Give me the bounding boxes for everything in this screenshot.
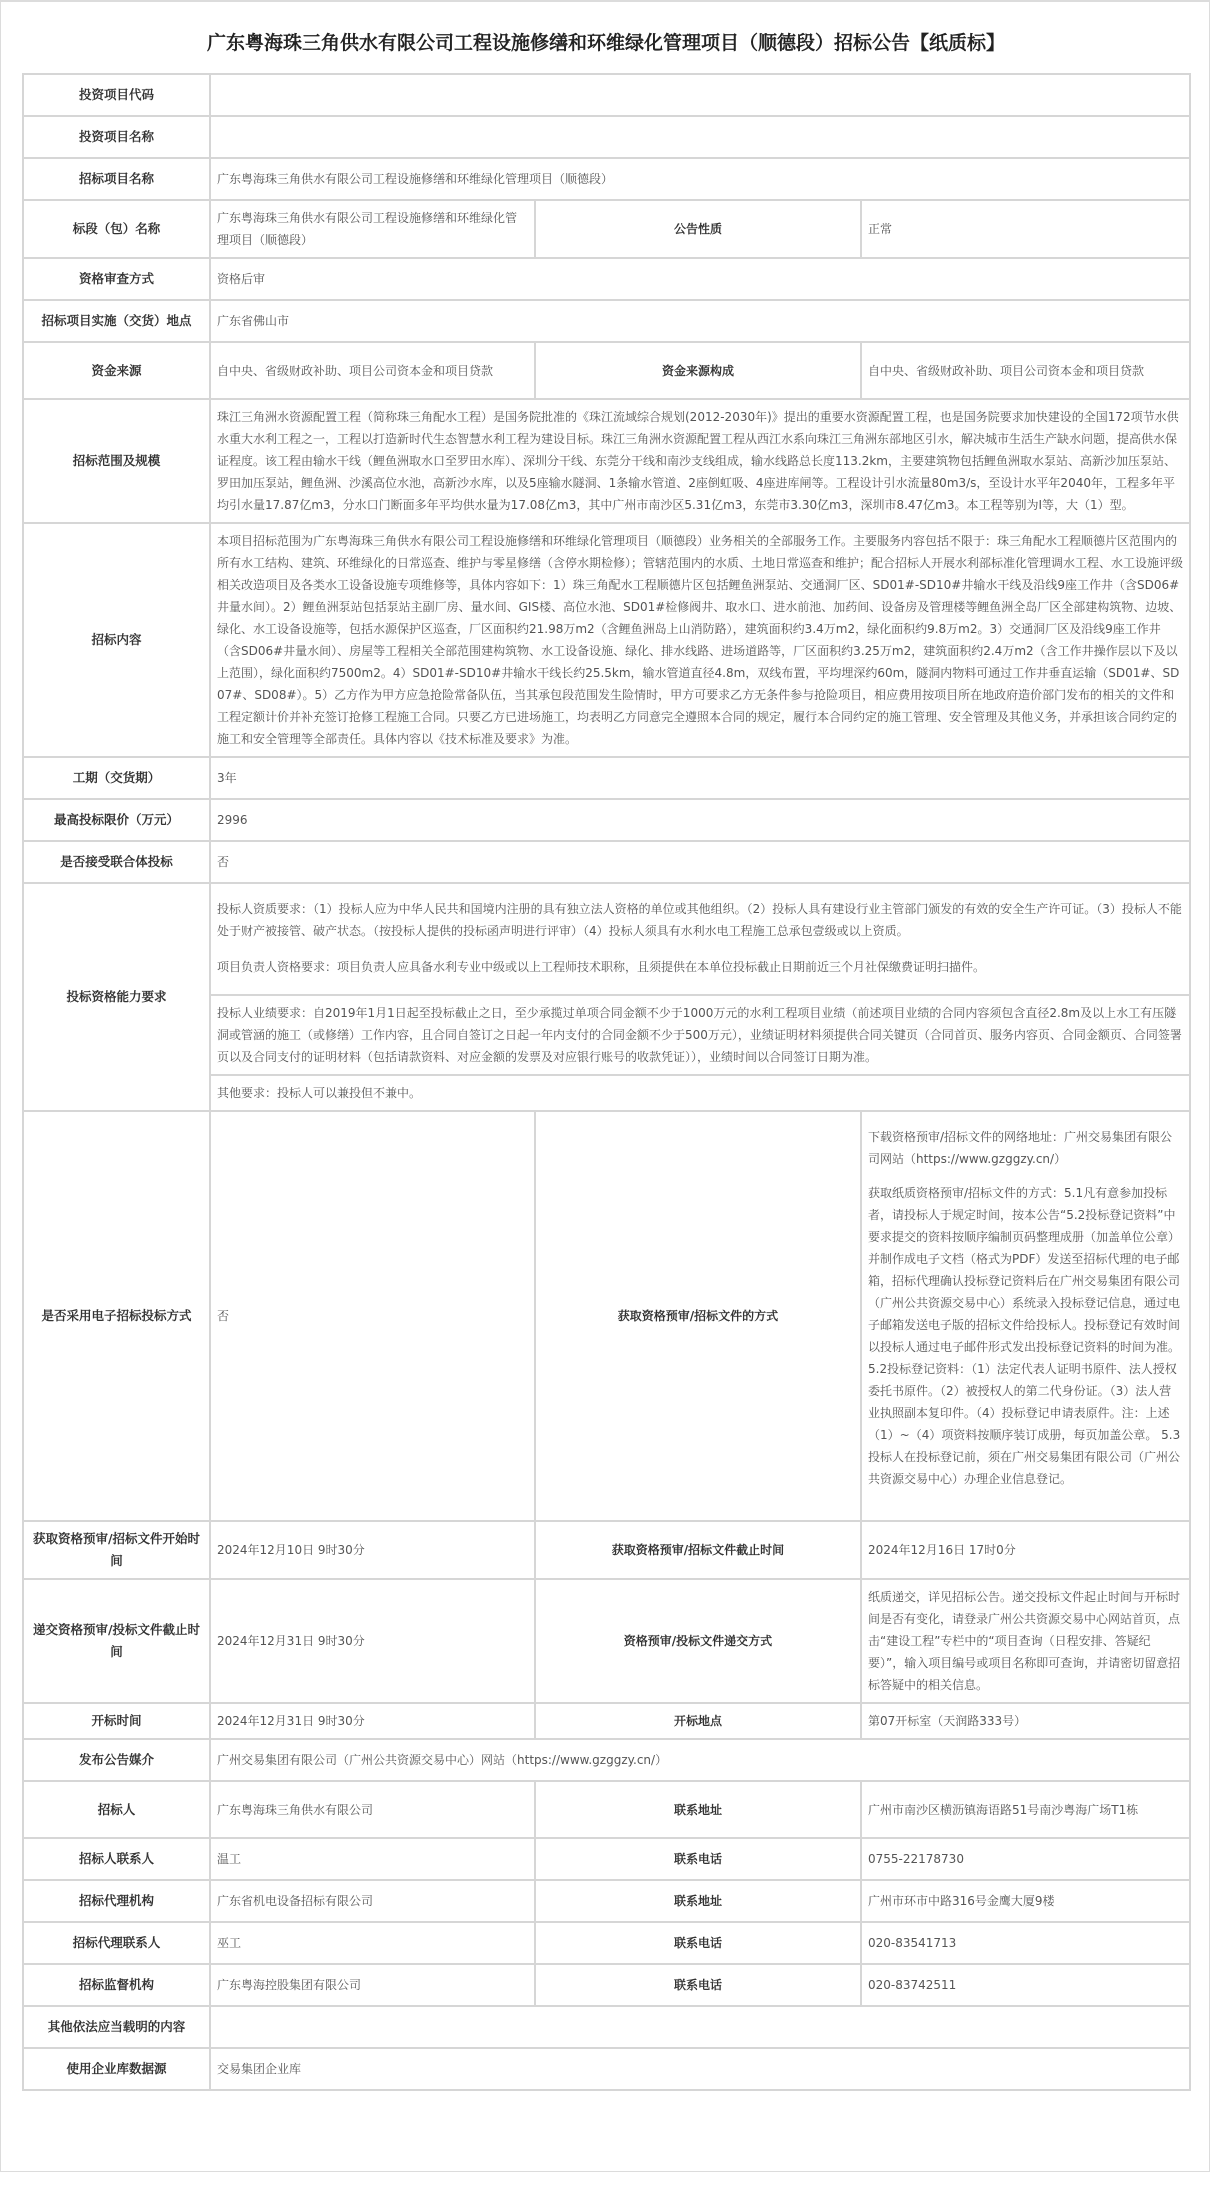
row-open-time: 开标时间 2024年12月31日 9时30分 开标地点 第07开标室（天润路33…: [23, 1703, 1190, 1739]
other-requirement: 其他要求：投标人可以兼投但不兼中。: [210, 1075, 1190, 1111]
tenderer-phone-label: 联系电话: [535, 1838, 861, 1880]
row-duration: 工期（交货期） 3年: [23, 757, 1190, 799]
section-name-value: 广东粤海珠三角供水有限公司工程设施修缮和环维绿化管理项目（顺德段）: [210, 200, 535, 258]
obtain-end-label: 获取资格预审/招标文件截止时间: [535, 1521, 861, 1579]
row-data-source: 使用企业库数据源 交易集团企业库: [23, 2048, 1190, 2090]
row-supervisor: 招标监督机构 广东粤海控股集团有限公司 联系电话 020-83742511: [23, 1964, 1190, 2006]
supervisor-label: 招标监督机构: [23, 1964, 210, 2006]
invest-name-label: 投资项目名称: [23, 116, 210, 158]
open-time-label: 开标时间: [23, 1703, 210, 1739]
consortium-value: 否: [210, 841, 1190, 883]
row-tenderer: 招标人 广东粤海珠三角供水有限公司 联系地址 广州市南沙区横沥镇海语路51号南沙…: [23, 1781, 1190, 1838]
agency-phone-label: 联系电话: [535, 1922, 861, 1964]
review-method-label: 资格审查方式: [23, 258, 210, 300]
tenderer-contact-value: 温工: [210, 1838, 535, 1880]
agency-address-value: 广州市环市中路316号金鹰大厦9楼: [861, 1880, 1190, 1922]
invest-code-value: [210, 74, 1190, 116]
other-content-label: 其他依法应当载明的内容: [23, 2006, 210, 2048]
electronic-value: 否: [210, 1111, 535, 1521]
other-content-value: [210, 2006, 1190, 2048]
row-max-price: 最高投标限价（万元） 2996: [23, 799, 1190, 841]
supervisor-phone-value: 020-83742511: [861, 1964, 1190, 2006]
supervisor-value: 广东粤海控股集团有限公司: [210, 1964, 535, 2006]
consortium-label: 是否接受联合体投标: [23, 841, 210, 883]
tender-name-value: 广东粤海珠三角供水有限公司工程设施修缮和环维绿化管理项目（顺德段）: [210, 158, 1190, 200]
qualification-cell: 投标人资质要求：（1）投标人应为中华人民共和国境内注册的具有独立法人资格的单位或…: [210, 883, 1190, 995]
open-location-label: 开标地点: [535, 1703, 861, 1739]
row-consortium: 是否接受联合体投标 否: [23, 841, 1190, 883]
page-title: 广东粤海珠三角供水有限公司工程设施修缮和环维绿化管理项目（顺德段）招标公告【纸质…: [1, 28, 1211, 55]
qualification-requirement: 投标人资质要求：（1）投标人应为中华人民共和国境内注册的具有独立法人资格的单位或…: [217, 898, 1183, 942]
data-source-value: 交易集团企业库: [210, 2048, 1190, 2090]
tenderer-phone-value: 0755-22178730: [861, 1838, 1190, 1880]
row-fund-source: 资金来源 自中央、省级财政补助、项目公司资本金和项目贷款 资金来源构成 自中央、…: [23, 342, 1190, 399]
invest-code-label: 投资项目代码: [23, 74, 210, 116]
review-method-value: 资格后审: [210, 258, 1190, 300]
obtain-end-value: 2024年12月16日 17时0分: [861, 1521, 1190, 1579]
row-section-name: 标段（包）名称 广东粤海珠三角供水有限公司工程设施修缮和环维绿化管理项目（顺德段…: [23, 200, 1190, 258]
invest-name-value: [210, 116, 1190, 158]
row-tender-name: 招标项目名称 广东粤海珠三角供水有限公司工程设施修缮和环维绿化管理项目（顺德段）: [23, 158, 1190, 200]
row-other-content: 其他依法应当载明的内容: [23, 2006, 1190, 2048]
obtain-start-label: 获取资格预审/招标文件开始时间: [23, 1521, 210, 1579]
content-value: 本项目招标范围为广东粤海珠三角供水有限公司工程设施修缮和环维绿化管理项目（顺德段…: [210, 523, 1190, 757]
obtain-method-label: 获取资格预审/招标文件的方式: [535, 1111, 861, 1521]
row-tenderer-contact: 招标人联系人 温工 联系电话 0755-22178730: [23, 1838, 1190, 1880]
fund-source-value: 自中央、省级财政补助、项目公司资本金和项目贷款: [210, 342, 535, 399]
media-label: 发布公告媒介: [23, 1739, 210, 1781]
qualification-label: 投标资格能力要求: [23, 883, 210, 1111]
row-electronic: 是否采用电子招标投标方式 否 获取资格预审/招标文件的方式 下载资格预审/招标文…: [23, 1111, 1190, 1521]
submit-deadline-label: 递交资格预审/投标文件截止时间: [23, 1579, 210, 1703]
max-price-value: 2996: [210, 799, 1190, 841]
tenderer-value: 广东粤海珠三角供水有限公司: [210, 1781, 535, 1838]
tenderer-contact-label: 招标人联系人: [23, 1838, 210, 1880]
content-label: 招标内容: [23, 523, 210, 757]
notice-page: 广东粤海珠三角供水有限公司工程设施修缮和环维绿化管理项目（顺德段）招标公告【纸质…: [0, 0, 1210, 2172]
row-submit-time: 递交资格预审/投标文件截止时间 2024年12月31日 9时30分 资格预审/投…: [23, 1579, 1190, 1703]
performance-requirement: 投标人业绩要求：自2019年1月1日起至投标截止之日，至少承揽过单项合同金额不少…: [210, 995, 1190, 1075]
media-value: 广州交易集团有限公司（广州公共资源交易中心）网站（https://www.gzg…: [210, 1739, 1190, 1781]
duration-value: 3年: [210, 757, 1190, 799]
row-invest-name: 投资项目名称: [23, 116, 1190, 158]
fund-composition-value: 自中央、省级财政补助、项目公司资本金和项目贷款: [861, 342, 1190, 399]
obtain-start-value: 2024年12月10日 9时30分: [210, 1521, 535, 1579]
notice-nature-value: 正常: [861, 200, 1190, 258]
section-name-label: 标段（包）名称: [23, 200, 210, 258]
tenderer-address-value: 广州市南沙区横沥镇海语路51号南沙粤海广场T1栋: [861, 1781, 1190, 1838]
row-obtain-time: 获取资格预审/招标文件开始时间 2024年12月10日 9时30分 获取资格预审…: [23, 1521, 1190, 1579]
location-value: 广东省佛山市: [210, 300, 1190, 342]
electronic-label: 是否采用电子招标投标方式: [23, 1111, 210, 1521]
obtain-method-cell: 下载资格预审/招标文件的网络地址：广州交易集团有限公司网站（https://ww…: [861, 1111, 1190, 1521]
open-location-value: 第07开标室（天润路333号）: [861, 1703, 1190, 1739]
row-agency-contact: 招标代理联系人 巫工 联系电话 020-83541713: [23, 1922, 1190, 1964]
submit-deadline-value: 2024年12月31日 9时30分: [210, 1579, 535, 1703]
submit-method-label: 资格预审/投标文件递交方式: [535, 1579, 861, 1703]
agency-contact-value: 巫工: [210, 1922, 535, 1964]
location-label: 招标项目实施（交货）地点: [23, 300, 210, 342]
agency-value: 广东省机电设备招标有限公司: [210, 1880, 535, 1922]
row-invest-code: 投资项目代码: [23, 74, 1190, 116]
row-media: 发布公告媒介 广州交易集团有限公司（广州公共资源交易中心）网站（https://…: [23, 1739, 1190, 1781]
duration-label: 工期（交货期）: [23, 757, 210, 799]
tenderer-label: 招标人: [23, 1781, 210, 1838]
tender-name-label: 招标项目名称: [23, 158, 210, 200]
paper-obtain-method: 获取纸质资格预审/招标文件的方式：5.1凡有意参加投标者，请投标人于规定时间，按…: [868, 1182, 1183, 1490]
row-content: 招标内容 本项目招标范围为广东粤海珠三角供水有限公司工程设施修缮和环维绿化管理项…: [23, 523, 1190, 757]
supervisor-phone-label: 联系电话: [535, 1964, 861, 2006]
max-price-label: 最高投标限价（万元）: [23, 799, 210, 841]
scope-value: 珠江三角洲水资源配置工程（简称珠三角配水工程）是国务院批准的《珠江流域综合规划(…: [210, 399, 1190, 523]
scope-label: 招标范围及规模: [23, 399, 210, 523]
open-time-value: 2024年12月31日 9时30分: [210, 1703, 535, 1739]
tenderer-address-label: 联系地址: [535, 1781, 861, 1838]
agency-address-label: 联系地址: [535, 1880, 861, 1922]
row-review-method: 资格审查方式 资格后审: [23, 258, 1190, 300]
download-address: 下载资格预审/招标文件的网络地址：广州交易集团有限公司网站（https://ww…: [868, 1126, 1183, 1170]
row-scope: 招标范围及规模 珠江三角洲水资源配置工程（简称珠三角配水工程）是国务院批准的《珠…: [23, 399, 1190, 523]
data-source-label: 使用企业库数据源: [23, 2048, 210, 2090]
submit-method-value: 纸质递交，详见招标公告。递交投标文件起止时间与开标时间是否有变化，请登录广州公共…: [861, 1579, 1190, 1703]
notice-nature-label: 公告性质: [535, 200, 861, 258]
manager-requirement: 项目负责人资格要求：项目负责人应具备水利专业中级或以上工程师技术职称，且须提供在…: [217, 956, 1183, 978]
fund-composition-label: 资金来源构成: [535, 342, 861, 399]
row-location: 招标项目实施（交货）地点 广东省佛山市: [23, 300, 1190, 342]
agency-label: 招标代理机构: [23, 1880, 210, 1922]
row-qualification-1: 投标资格能力要求 投标人资质要求：（1）投标人应为中华人民共和国境内注册的具有独…: [23, 883, 1190, 995]
agency-contact-label: 招标代理联系人: [23, 1922, 210, 1964]
row-agency: 招标代理机构 广东省机电设备招标有限公司 联系地址 广州市环市中路316号金鹰大…: [23, 1880, 1190, 1922]
agency-phone-value: 020-83541713: [861, 1922, 1190, 1964]
notice-table: 投资项目代码 投资项目名称 招标项目名称 广东粤海珠三角供水有限公司工程设施修缮…: [22, 73, 1191, 2091]
fund-source-label: 资金来源: [23, 342, 210, 399]
